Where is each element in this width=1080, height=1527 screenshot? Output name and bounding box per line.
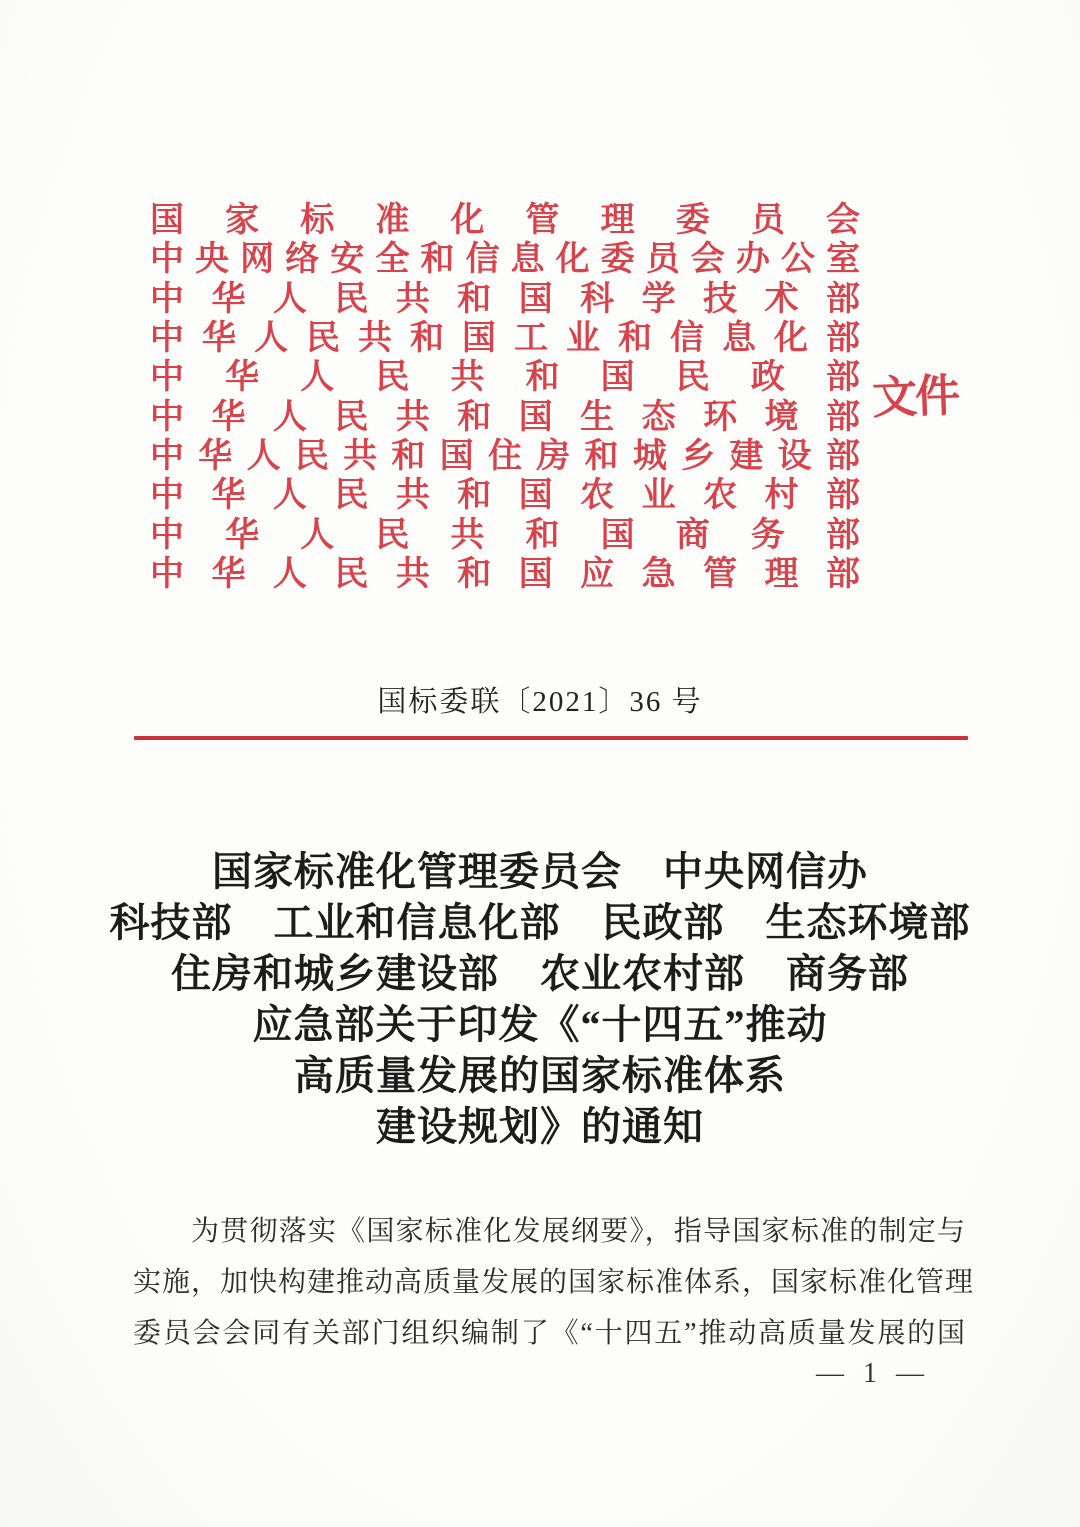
body-paragraph: 为贯彻落实《国家标准化发展纲要》，指导国家标准的制定与 实施，加快构建推动高质量… [133, 1206, 966, 1359]
title-line: 高质量发展的国家标准体系 [0, 1050, 1080, 1101]
agency-line: 中华人民共和国农业农村部 [150, 472, 860, 511]
document-page: 国家标准化管理委员会 中央网络安全和信息化委员会办公室 中华人民共和国科学技术部… [0, 0, 1080, 1527]
agency-line: 中华人民共和国商务部 [150, 511, 860, 550]
agency-line: 中华人民共和国科学技术部 [150, 276, 860, 315]
red-divider-line [134, 736, 968, 740]
title-line: 建设规划》的通知 [0, 1101, 1080, 1152]
body-line: 实施，加快构建推动高质量发展的国家标准体系，国家标准化管理 [133, 1257, 966, 1308]
issuing-agencies-letterhead: 国家标准化管理委员会 中央网络安全和信息化委员会办公室 中华人民共和国科学技术部… [150, 197, 860, 590]
agency-line: 中华人民共和国应急管理部 [150, 551, 860, 590]
page-number: — 1 — [816, 1358, 930, 1390]
agency-line: 中华人民共和国生态环境部 [150, 393, 860, 432]
agency-line: 中华人民共和国民政部 [150, 354, 860, 393]
body-line: 为贯彻落实《国家标准化发展纲要》，指导国家标准的制定与 [133, 1206, 966, 1257]
body-line: 委员会会同有关部门组织编制了《“十四五”推动高质量发展的国 [133, 1308, 966, 1359]
doc-type-label: 文件 [871, 359, 959, 427]
agency-line: 中华人民共和国住房和城乡建设部 [150, 433, 860, 472]
agency-line: 中华人民共和国工业和信息化部 [150, 315, 860, 354]
title-line: 住房和城乡建设部 农业农村部 商务部 [0, 948, 1080, 999]
title-line: 应急部关于印发《“十四五”推动 [0, 999, 1080, 1050]
agency-line: 国家标准化管理委员会 [150, 197, 860, 236]
document-title: 国家标准化管理委员会 中央网信办 科技部 工业和信息化部 民政部 生态环境部 住… [0, 846, 1080, 1152]
agency-line: 中央网络安全和信息化委员会办公室 [150, 236, 860, 275]
title-line: 国家标准化管理委员会 中央网信办 [0, 846, 1080, 897]
doc-number: 国标委联〔2021〕36 号 [0, 684, 1080, 720]
title-line: 科技部 工业和信息化部 民政部 生态环境部 [0, 897, 1080, 948]
